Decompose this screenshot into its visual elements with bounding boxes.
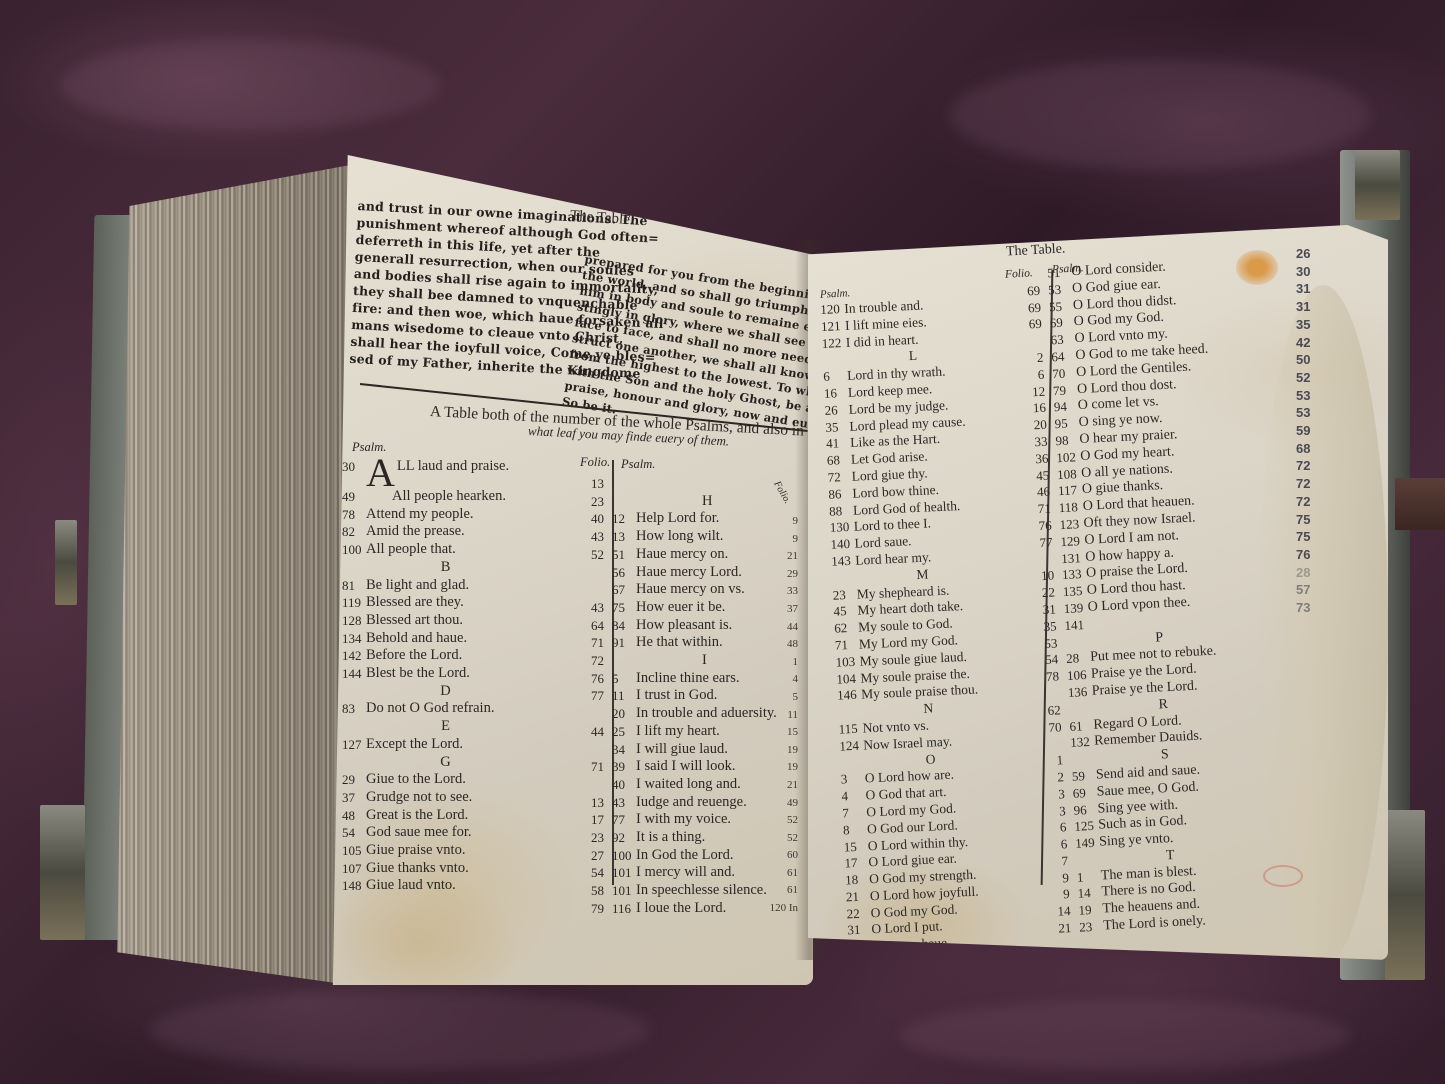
psalm-number: 100 [612, 847, 636, 865]
psalm-number: 5 [612, 670, 636, 688]
psalm-title: Behold and haue. [366, 630, 467, 648]
section-letter: S [1161, 747, 1170, 764]
table-row: 105Giue praise vnto. [342, 842, 509, 860]
psalm-number: 1 [1077, 868, 1102, 886]
psalm-number: 14 [1077, 885, 1102, 903]
folio-number: 2 [1019, 350, 1044, 368]
folio-number [580, 741, 604, 759]
left-page: and trust in our owne imaginations. The … [318, 155, 813, 985]
folio-number: 76 [1027, 517, 1052, 535]
handwritten-number: 53 [1296, 387, 1310, 405]
folio-number [580, 705, 604, 723]
psalm-title: In God the Lord. [636, 847, 733, 865]
psalm-title: In speechlesse silence. [636, 882, 767, 900]
table-row: 119Blessed are they. [342, 594, 509, 612]
folio-number: 48 [758, 636, 798, 654]
psalm-number: 55 [1049, 298, 1074, 316]
psalm-number: 15 [843, 838, 868, 856]
folio-number: 58 [580, 882, 604, 900]
table-row: 4313How long wilt. [580, 528, 777, 546]
table-row: 54101I mercy will and. [580, 864, 777, 882]
psalm-number: 101 [612, 864, 636, 882]
psalm-number: 13 [612, 528, 636, 546]
velvet-fold [60, 40, 440, 130]
folio-number [1029, 551, 1054, 569]
table-row: 27100In God the Lord. [580, 847, 777, 865]
folio-number: 2 [1040, 769, 1065, 787]
psalm-number: 94 [1054, 398, 1079, 416]
folio-number: 43 [580, 599, 604, 617]
folio-number: 3 [1041, 803, 1066, 821]
psalm-number: 91 [612, 634, 636, 652]
folio-number: 19 [758, 759, 798, 777]
velvet-fold [900, 1000, 1350, 1070]
folio-number: 23 [580, 493, 604, 511]
psalm-number: 96 [1073, 801, 1098, 819]
table-row: 4425I lift my heart. [580, 723, 777, 741]
psalm-number: 119 [342, 594, 366, 612]
table-row: 7139I said I will look. [580, 758, 777, 776]
psalm-number: 78 [342, 506, 366, 524]
psalm-number: 3 [841, 771, 866, 789]
folio-number: 6 [1043, 836, 1068, 854]
folio-number: 3 [1040, 786, 1065, 804]
folio-number: 29 [758, 566, 798, 584]
psalm-title: How long wilt. [636, 528, 723, 546]
folio-number: 120 In [758, 900, 798, 918]
table-row: 83Do not O God refrain. [342, 700, 509, 718]
psalm-number: 148 [342, 877, 366, 895]
handwritten-number: 42 [1296, 334, 1310, 352]
folio-number: 60 [758, 847, 798, 865]
drop-cap: A [366, 458, 395, 488]
psalm-number: 16 [824, 385, 849, 403]
psalm-number: 49 [342, 488, 366, 506]
folio-number: 13 [580, 794, 604, 812]
folio-number: 12 [1021, 383, 1046, 401]
psalm-number: 84 [612, 617, 636, 635]
table-row: 7711I trust in God. [580, 687, 777, 705]
psalm-number: 105 [342, 842, 366, 860]
table-row: 54God saue mee for. [342, 824, 509, 842]
folio-number [1036, 685, 1061, 703]
psalm-number: 8 [843, 821, 868, 839]
table-row: 82Amid the prease. [342, 523, 509, 541]
psalm-title: Blest be the Lord. [366, 665, 470, 683]
table-row: 5251Haue mercy on. [580, 546, 777, 564]
psalm-number: 149 [1075, 835, 1100, 853]
psalm-number: 102 [1056, 449, 1081, 467]
folio-number: 33 [1023, 434, 1048, 452]
psalm-title: God saue mee for. [366, 824, 472, 842]
folio-number: 21 [758, 548, 798, 566]
psalm-number: 56 [612, 564, 636, 582]
psalm-number: 146 [837, 687, 862, 705]
table-row: 2392It is a thing. [580, 829, 777, 847]
folio-number: 9 [1045, 870, 1070, 888]
psalm-title: In trouble and aduersity. [636, 705, 777, 723]
psalm-title: Be light and glad. [366, 577, 469, 595]
psalm-number: 104 [836, 670, 861, 688]
folio-number: 54 [580, 864, 604, 882]
folio-number: 22 [1031, 585, 1056, 603]
folio-number [580, 776, 604, 794]
folio-column-3: 9 9 21 29 33 37 44 48 1 4 5 11 15 19 19 … [758, 513, 798, 918]
psalm-number: 130 [830, 519, 855, 537]
table-row: 48Great is the Lord. [342, 807, 509, 825]
handwritten-number: 76 [1296, 546, 1310, 564]
psalm-number: 44 [848, 939, 873, 957]
psalm-number: 88 [829, 502, 854, 520]
psalm-number: 101 [612, 882, 636, 900]
psalm-number: 127 [342, 736, 366, 754]
psalm-number: 51 [612, 546, 636, 564]
table-row: 127Except the Lord. [342, 736, 509, 754]
folio-number: 33 [758, 583, 798, 601]
psalm-number: 41 [826, 435, 851, 453]
psalm-number: 86 [828, 486, 853, 504]
psalm-number: 59 [1072, 768, 1097, 786]
psalm-number: 54 [342, 824, 366, 842]
section-letter: I [702, 652, 707, 670]
psalm-title: Before the Lord. [366, 647, 462, 665]
psalm-title: Giue praise vnto. [366, 842, 465, 860]
psalm-title: Help Lord for. [636, 510, 719, 528]
folio-number: 6 [1020, 366, 1045, 384]
psalm-title: The Lord is onely. [1103, 914, 1206, 936]
handwritten-number: 75 [1296, 528, 1310, 546]
handwritten-number: 31 [1296, 280, 1310, 298]
psalm-number: 69 [1049, 315, 1074, 333]
table-row: 13 [580, 475, 777, 493]
table-row: 144Blest be the Lord. [342, 665, 509, 683]
psalm-title: Great is the Lord. [366, 807, 468, 825]
psalm-number: 25 [612, 723, 636, 741]
folio-number: 31 [1031, 601, 1056, 619]
psalm-number: 122 [821, 335, 846, 353]
table-row: 7191He that within. [580, 634, 777, 652]
psalm-number: 22 [846, 905, 871, 923]
psalm-title: How euer it be. [636, 599, 725, 617]
section-letter: D [342, 683, 509, 701]
folio-number [580, 564, 604, 582]
folio-number: 9 [758, 513, 798, 531]
psalm-title: I will giue laud. [636, 741, 728, 759]
psalm-number: 11 [612, 687, 636, 705]
section-letter: T [1166, 848, 1175, 865]
section-letter: E [342, 718, 509, 736]
folio-number: 71 [580, 634, 604, 652]
psalm-number: 12 [612, 510, 636, 528]
psalm-title: Giue to the Lord. [366, 771, 466, 789]
psalm-number: 28 [1066, 650, 1091, 668]
brass-clasp-left [55, 520, 77, 605]
psalm-title: Our ears haue. [872, 935, 951, 955]
folio-number: 9 [758, 531, 798, 549]
table-row: 40I waited long and. [580, 776, 777, 794]
handwritten-number: 57 [1296, 581, 1310, 599]
psalm-number: 20 [612, 705, 636, 723]
psalm-number: 135 [1063, 583, 1088, 601]
folio-number: 79 [580, 900, 604, 918]
psalm-number: 92 [612, 829, 636, 847]
psalm-number: 26 [824, 402, 849, 420]
folio-number: 6 [1042, 819, 1067, 837]
table-row: 1343Iudge and reuenge. [580, 794, 777, 812]
folio-number: 17 [580, 811, 604, 829]
folio-number: 37 [758, 601, 798, 619]
table-row: 23H [580, 493, 777, 511]
psalm-title: Amid the prease. [366, 523, 465, 541]
psalm-number: 40 [612, 776, 636, 794]
psalm-number: 134 [342, 630, 366, 648]
psalm-title: Iudge and reuenge. [636, 794, 747, 812]
handwritten-number: 73 [1296, 599, 1310, 617]
folio-number: 19 [758, 742, 798, 760]
folio-number: 21 [758, 777, 798, 795]
section-letter: P [1155, 630, 1164, 647]
handwritten-number: 75 [1296, 511, 1310, 529]
table-row: 6484How pleasant is. [580, 617, 777, 635]
folio-number: 64 [580, 617, 604, 635]
folio-number [1018, 333, 1043, 351]
psalm-title: Blessed are they. [366, 594, 464, 612]
psalm-number: 132 [1070, 734, 1095, 752]
folio-number [1015, 266, 1040, 284]
table-row: 34I will giue laud. [580, 741, 777, 759]
handwritten-number: 53 [1296, 404, 1310, 422]
psalm-number: 48 [342, 807, 366, 825]
psalm-number: 136 [1067, 684, 1092, 702]
handwritten-folio-column: 26 30 31 31 35 42 50 52 53 53 59 68 72 7… [1296, 245, 1310, 617]
psalm-column-2: 51O Lord consider. 6953O God giue ear. 6… [1015, 258, 1237, 938]
psalm-number: 118 [1058, 499, 1083, 517]
psalm-number: 71 [835, 637, 860, 655]
psalm-number: 133 [1062, 566, 1087, 584]
paper-wear [1258, 285, 1388, 960]
psalm-number: 142 [342, 647, 366, 665]
folio-number: 11 [758, 707, 798, 725]
psalm-title: Haue mercy Lord. [636, 564, 742, 582]
table-row: 1777I with my voice. [580, 811, 777, 829]
psalm-title: He that within. [636, 634, 723, 652]
psalm-title: I with my voice. [636, 811, 731, 829]
psalm-number: 106 [1067, 667, 1092, 685]
table-row: 4012Help Lord for. [580, 510, 777, 528]
section-letter: G [342, 754, 509, 772]
corner-piece-bottom-left [40, 805, 85, 940]
psalm-title: I trust in God. [636, 687, 717, 705]
folio-number: 45 [1025, 467, 1050, 485]
folio-number: 77 [1028, 534, 1053, 552]
section-letter: H [702, 493, 712, 511]
psalm-title: Giue thanks vnto. [366, 860, 469, 878]
psalm-number: 35 [825, 418, 850, 436]
psalm-title: Do not O God refrain. [366, 700, 494, 718]
section-letter: B [342, 559, 509, 577]
psalm-number: 123 [1059, 516, 1084, 534]
psalm-title: I loue the Lord. [636, 900, 726, 918]
folio-number: 15 [758, 724, 798, 742]
psalm-number: 30 [342, 458, 366, 488]
table-row: 56Haue mercy Lord. [580, 564, 777, 582]
table-row: 72I [580, 652, 777, 670]
running-head: The Table. [1006, 241, 1066, 260]
handwritten-number: 52 [1296, 369, 1310, 387]
psalm-number: 108 [1057, 466, 1082, 484]
table-row: 79116I loue the Lord. [580, 900, 777, 918]
table-row: 81Be light and glad. [342, 577, 509, 595]
psalm-title: Lord to thee I. [854, 516, 932, 536]
table-row: 67Haue mercy on vs. [580, 581, 777, 599]
psalm-number: 7 [842, 804, 867, 822]
psalm-title: Haue mercy on. [636, 546, 728, 564]
psalm-title: I waited long and. [636, 776, 741, 794]
folio-number: 4 [758, 671, 798, 689]
psalm-number: 107 [342, 860, 366, 878]
psalm-number: 116 [612, 900, 636, 918]
leather-strap [1395, 478, 1445, 530]
handwritten-number: 50 [1296, 351, 1310, 369]
psalm-number: 115 [838, 720, 863, 738]
folio-number: 16 [1022, 400, 1047, 418]
psalm-number: 144 [342, 665, 366, 683]
psalm-title: It is a thing. [636, 829, 705, 847]
table-row: 107Giue thanks vnto. [342, 860, 509, 878]
folio-number: 1 [1039, 752, 1064, 770]
folio-number: 69 [1017, 299, 1042, 317]
column-header-psalm: Psalm. [820, 287, 851, 301]
table-row: 100All people that. [342, 541, 509, 559]
table-row: 4375How euer it be. [580, 599, 777, 617]
psalm-title: Except the Lord. [366, 736, 463, 754]
handwritten-number: 59 [1296, 422, 1310, 440]
folio-number [580, 581, 604, 599]
psalm-number: 18 [845, 872, 870, 890]
folio-number: 52 [580, 546, 604, 564]
psalm-number: 69 [1072, 784, 1097, 802]
handwritten-number: 35 [1296, 316, 1310, 334]
psalm-number: 125 [1074, 818, 1099, 836]
psalm-number: 31 [847, 922, 872, 940]
folio-number: 70 [1037, 719, 1062, 737]
folio-number: 44 [758, 619, 798, 637]
section-letter: R [1158, 697, 1168, 714]
psalm-title: Incline thine ears. [636, 670, 739, 688]
psalm-number: 37 [342, 789, 366, 807]
psalm-number: 4 [841, 788, 866, 806]
psalm-number: 98 [1055, 432, 1080, 450]
psalm-title: Attend my people. [366, 506, 474, 524]
psalm-number: 43 [612, 794, 636, 812]
folio-number: 52 [758, 812, 798, 830]
psalm-number: 103 [835, 653, 860, 671]
handwritten-number: 31 [1296, 298, 1310, 316]
psalm-number: 23 [832, 586, 857, 604]
folio-number: 69 [1017, 316, 1042, 334]
psalm-column-1: 30ALL laud and praise. 49All people hear… [342, 458, 509, 895]
psalm-column-1: 120In trouble and. 121I lift mine eies. … [820, 296, 989, 957]
psalm-number: 51 [1047, 264, 1072, 282]
psalm-number: 131 [1061, 549, 1086, 567]
folio-number: 9 [1045, 887, 1070, 905]
table-row: 20In trouble and aduersity. [580, 705, 777, 723]
psalm-title: I lift my heart. [636, 723, 720, 741]
psalm-number: 124 [839, 737, 864, 755]
red-mark [1263, 865, 1303, 887]
folio-number: 1 [758, 654, 798, 672]
folio-number: 5 [758, 689, 798, 707]
psalm-title: I mercy will and. [636, 864, 735, 882]
folio-number: 77 [580, 687, 604, 705]
psalm-number: 61 [1069, 717, 1094, 735]
folio-number: 36 [1024, 450, 1049, 468]
psalm-number: 82 [342, 523, 366, 541]
folio-number: 21 [1047, 920, 1072, 938]
psalm-number: 63 [1050, 331, 1075, 349]
psalm-number: 95 [1054, 415, 1079, 433]
psalm-title: Haue mercy on vs. [636, 581, 745, 599]
table-row: 128Blessed art thou. [342, 612, 509, 630]
psalm-number: 45 [833, 603, 858, 621]
page-block-shading [105, 165, 350, 985]
table-row: 765Incline thine ears. [580, 670, 777, 688]
table-row: 37Grudge not to see. [342, 789, 509, 807]
folio-number: 7 [1044, 853, 1069, 871]
folio-number [1038, 736, 1063, 754]
psalm-number: 79 [1053, 382, 1078, 400]
orange-stain [1236, 250, 1278, 285]
psalm-title: How pleasant is. [636, 617, 732, 635]
psalm-title: Blessed art thou. [366, 612, 463, 630]
folio-number: 20 [1022, 417, 1047, 435]
psalm-title: Giue laud vnto. [366, 877, 456, 895]
psalm-number: 67 [612, 581, 636, 599]
folio-number: 49 [758, 795, 798, 813]
psalm-number: 34 [612, 741, 636, 759]
handwritten-number: 26 [1296, 245, 1310, 263]
table-row: 142Before the Lord. [342, 647, 509, 665]
table-row: 78Attend my people. [342, 506, 509, 524]
handwritten-number: 72 [1296, 493, 1310, 511]
psalm-number: 100 [342, 541, 366, 559]
psalm-number: 17 [844, 855, 869, 873]
psalm-number: 29 [342, 771, 366, 789]
psalm-number: 62 [834, 620, 859, 638]
folio-number: 71 [580, 758, 604, 776]
psalm-number: 70 [1052, 365, 1077, 383]
corner-piece-bottom-right [1385, 810, 1425, 980]
folio-number: 10 [1030, 568, 1055, 586]
velvet-fold [150, 990, 650, 1070]
psalm-number: 120 [820, 301, 845, 319]
folio-number: 76 [580, 670, 604, 688]
psalm-title: LL laud and praise. [397, 458, 509, 488]
psalm-title: I said I will look. [636, 758, 735, 776]
psalm-number: 64 [1051, 348, 1076, 366]
column-header-folio: Folio. [580, 455, 610, 470]
psalm-title: All people that. [366, 541, 456, 559]
handwritten-number: 72 [1296, 457, 1310, 475]
psalm-number: 53 [1048, 281, 1073, 299]
folio-number: 43 [580, 528, 604, 546]
table-row: 58101In speechlesse silence. [580, 882, 777, 900]
psalm-number: 6 [823, 368, 848, 386]
psalm-number: 140 [830, 536, 855, 554]
velvet-fold [950, 60, 1370, 170]
folio-number: 78 [1035, 668, 1060, 686]
psalm-number: 68 [827, 452, 852, 470]
